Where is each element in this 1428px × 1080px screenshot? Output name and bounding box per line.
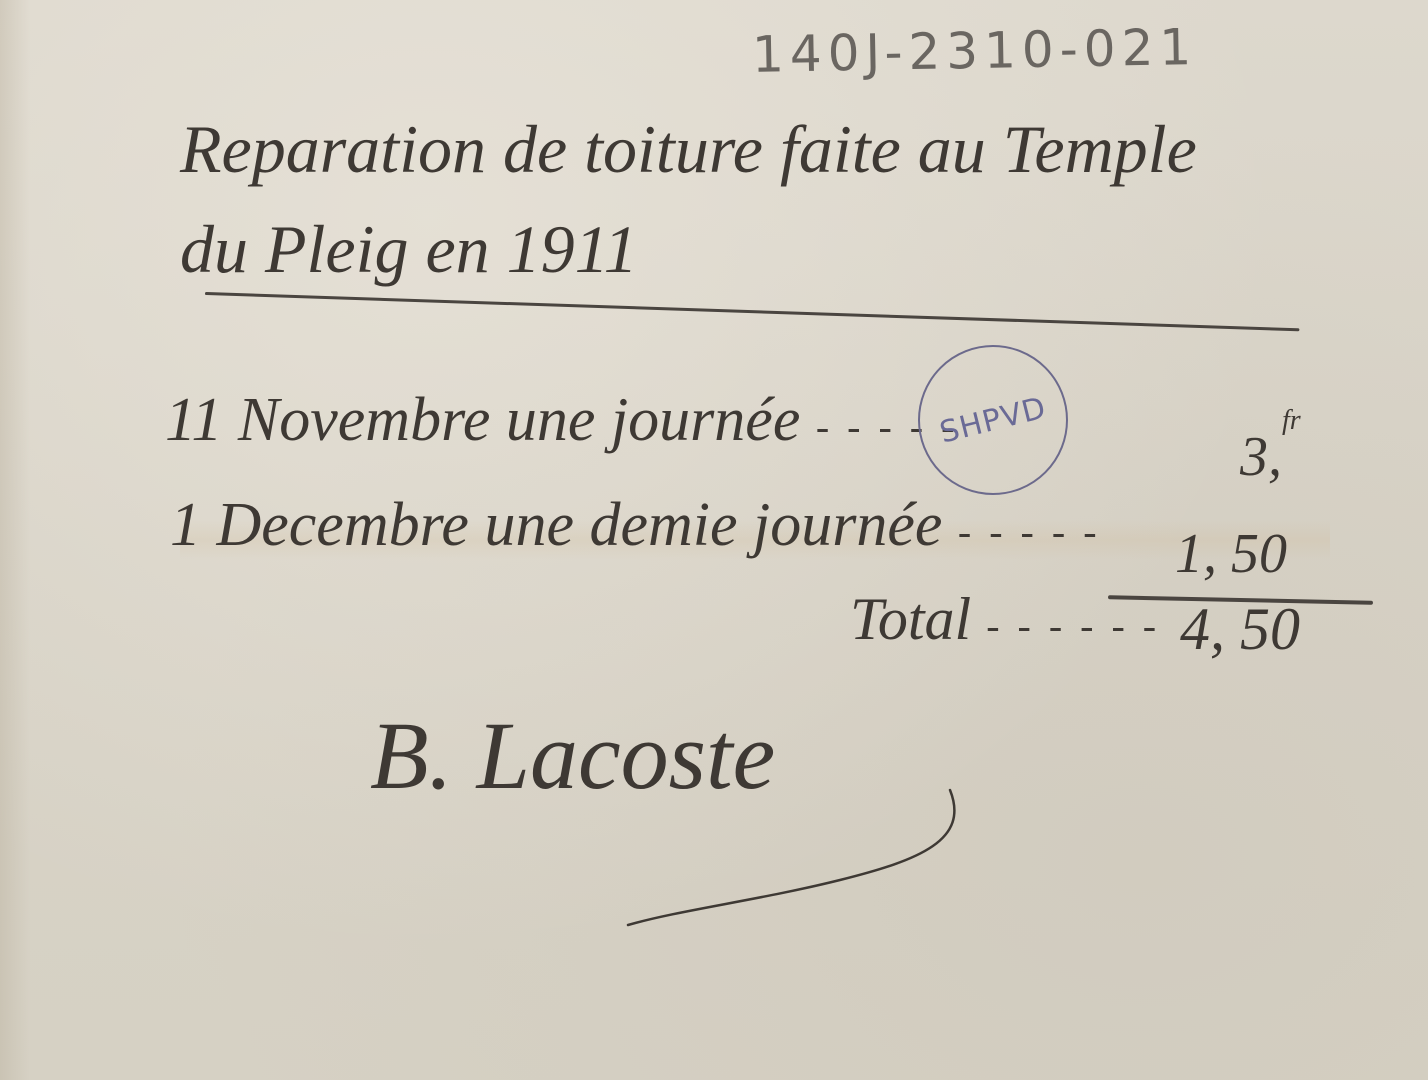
archive-reference-number: 140J-2310-021 xyxy=(752,18,1198,84)
entry-day: 1 xyxy=(170,491,201,559)
entry-row: 1 Decembre une demie journée - - - - - xyxy=(170,490,1101,561)
entry-day: 11 xyxy=(165,386,222,454)
document-page: 140J-2310-021 Reparation de toiture fait… xyxy=(0,0,1428,1080)
total-row: Total - - - - - - xyxy=(850,585,1160,654)
stamp-text: SHPVD xyxy=(936,390,1050,450)
entry-month: Decembre xyxy=(217,491,469,559)
entry-description: une demie journée xyxy=(484,491,942,559)
currency-unit: fr xyxy=(1282,405,1301,436)
entry-amount: 1, 50 xyxy=(1175,522,1287,586)
shpvd-stamp: SHPVD xyxy=(918,345,1068,495)
title-line-2: du Pleig en 1911 xyxy=(180,210,638,289)
title-line-1: Reparation de toiture faite au Temple xyxy=(180,110,1197,189)
entry-amount: 3,fr xyxy=(1240,425,1301,489)
total-leader: - - - - - - xyxy=(986,603,1160,648)
title-underline xyxy=(205,292,1299,331)
total-label: Total xyxy=(850,586,971,652)
entry-month: Novembre xyxy=(238,386,491,454)
entry-amount-value: 3, xyxy=(1240,426,1282,488)
paper-fold xyxy=(0,0,30,1080)
total-amount: 4, 50 xyxy=(1180,595,1300,664)
signature-flourish-icon xyxy=(620,780,980,930)
entry-row: 11 Novembre une journée - - - - - xyxy=(165,385,958,456)
entry-leader: - - - - - xyxy=(958,509,1101,554)
entry-description: une journée xyxy=(506,386,800,454)
